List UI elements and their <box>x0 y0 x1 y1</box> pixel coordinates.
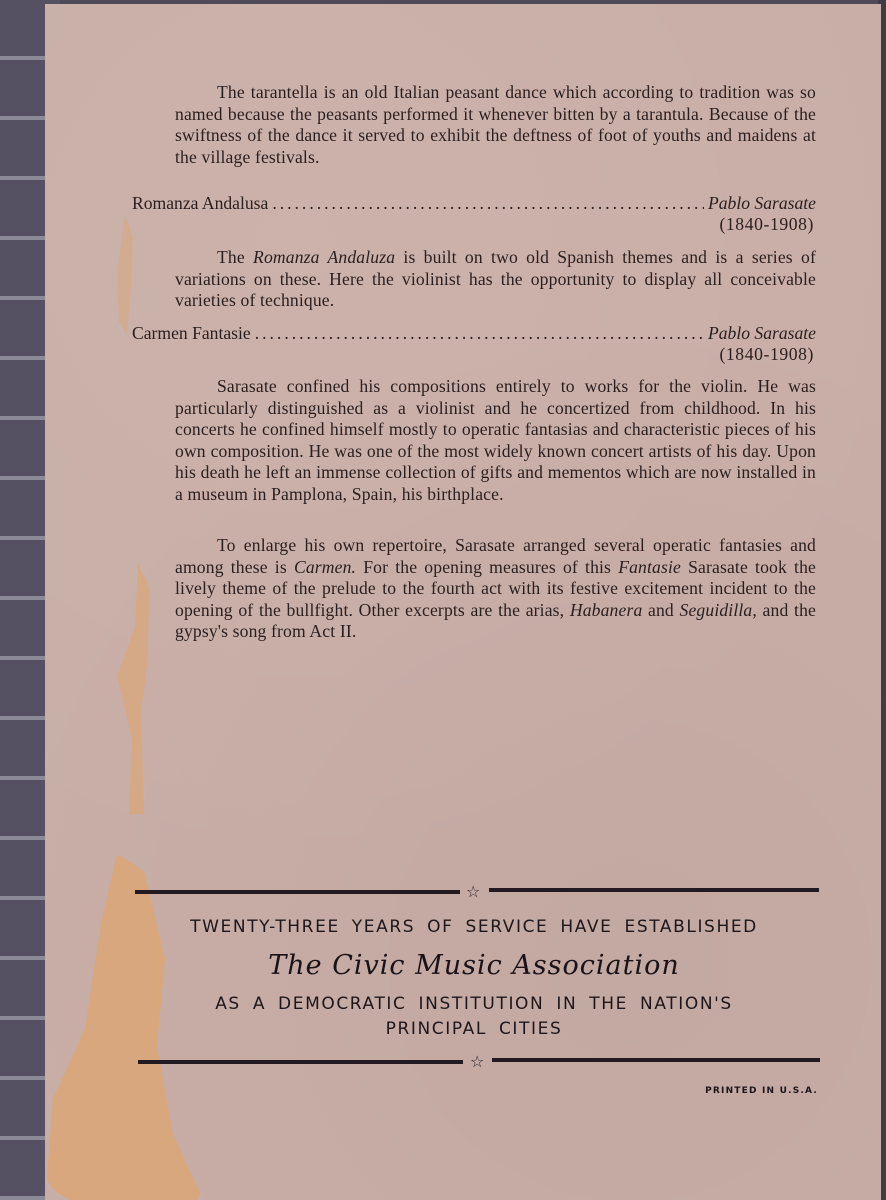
italic-title: Fantasie <box>618 557 681 577</box>
ornament-rule-left <box>138 1060 463 1064</box>
composer-dates: (1840-1908) <box>719 214 814 236</box>
ornament-rule-left <box>135 890 460 894</box>
paragraph-romanza: The Romanza Andaluza is built on two old… <box>175 247 816 312</box>
association-name: The Civic Music Association <box>132 950 816 981</box>
star-icon: ☆ <box>466 884 480 900</box>
footer-line-2: AS A DEMOCRATIC INSTITUTION IN THE NATIO… <box>132 994 816 1014</box>
dot-leader: ........................................… <box>272 193 704 215</box>
paragraph-sarasate-bio: Sarasate confined his compositions entir… <box>175 376 816 506</box>
composer-name: Pablo Sarasate <box>708 193 816 215</box>
paragraph-carmen: To enlarge his own repertoire, Sarasate … <box>175 535 816 643</box>
ornament-rule-right <box>492 1058 820 1062</box>
footer-line-1: TWENTY-THREE YEARS OF SERVICE HAVE ESTAB… <box>132 917 816 937</box>
paragraph-tarantella: The tarantella is an old Italian peasant… <box>175 82 816 168</box>
text: For the opening measures of this <box>356 557 618 577</box>
piece-title: Romanza Andalusa <box>132 193 268 215</box>
italic-title: Habanera <box>570 600 643 620</box>
program-entry-romanza: Romanza Andalusa .......................… <box>132 193 816 215</box>
dot-leader: ........................................… <box>255 323 704 345</box>
text: and <box>642 600 679 620</box>
composer-name: Pablo Sarasate <box>708 323 816 345</box>
ornament-rule-right <box>489 888 819 892</box>
printed-in-usa: PRINTED IN U.S.A. <box>705 1086 818 1096</box>
text: The <box>217 247 253 267</box>
composer-dates: (1840-1908) <box>719 344 814 366</box>
italic-title: Carmen. <box>294 557 356 577</box>
star-icon: ☆ <box>470 1054 484 1070</box>
piece-title: Carmen Fantasie <box>132 323 251 345</box>
footer-line-3: PRINCIPAL CITIES <box>132 1019 816 1039</box>
program-entry-carmen: Carmen Fantasie ........................… <box>132 323 816 345</box>
document-content: The tarantella is an old Italian peasant… <box>0 0 886 1200</box>
italic-title: Seguidilla, <box>680 600 757 620</box>
italic-title: Romanza Andaluza <box>253 247 395 267</box>
